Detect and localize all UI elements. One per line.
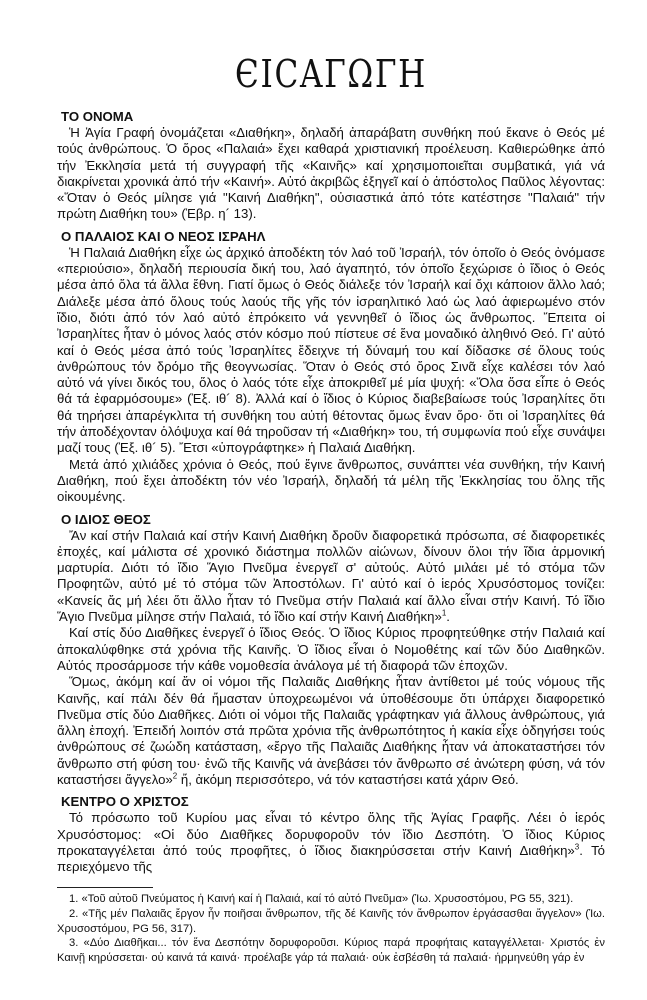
section-heading: Ο ΠΑΛΑΙΟΣ ΚΑΙ Ο ΝΕΟΣ ΙΣΡΑΗΛ <box>57 229 605 245</box>
footnote-ref[interactable]: 1 <box>442 609 446 618</box>
section-heading: ΚΕΝΤΡΟ Ο ΧΡΙΣΤΟΣ <box>57 794 605 810</box>
paragraph-text: Ὅμως, ἀκόμη καί ἄν οἱ νόμοι τῆς Παλαιᾶς … <box>57 674 605 787</box>
section-heading: Ο ΙΔΙΟΣ ΘΕΟΣ <box>57 512 605 528</box>
footnote: 1. «Τοῦ αὐτοῦ Πνεύματος ἡ Καινή καί ἡ Πα… <box>57 892 605 907</box>
paragraph-text: Τό πρόσωπο τοῦ Κυρίου μας εἶναι τό κέντρ… <box>57 810 605 858</box>
footnotes: 1. «Τοῦ αὐτοῦ Πνεύματος ἡ Καινή καί ἡ Πα… <box>57 892 605 965</box>
paragraph-text: ἤ, ἀκόμη περισσότερο, νά τόν καταστήσει … <box>181 772 519 787</box>
section-heading: ΤΟ ΟΝΟΜΑ <box>57 109 605 125</box>
page-title: ЄΙCΑΓΩΓΗ <box>106 0 555 104</box>
section-name: ΤΟ ΟΝΟΜΑ Ἡ Ἁγία Γραφή ὀνομάζεται «Διαθήκ… <box>57 109 605 223</box>
section-old-new-israel: Ο ΠΑΛΑΙΟΣ ΚΑΙ Ο ΝΕΟΣ ΙΣΡΑΗΛ Ἡ Παλαιά Δια… <box>57 229 605 506</box>
paragraph: Καί στίς δύο Διαθῆκες ἐνεργεῖ ὁ ἴδιος Θε… <box>57 625 605 674</box>
footnote-divider <box>57 887 153 888</box>
paragraph: Ἄν καί στήν Παλαιά καί στήν Καινή Διαθήκ… <box>57 528 605 626</box>
paragraph: Μετά ἀπό χιλιάδες χρόνια ὁ Θεός, πού ἔγι… <box>57 457 605 506</box>
section-christ-center: ΚΕΝΤΡΟ Ο ΧΡΙΣΤΟΣ Τό πρόσωπο τοῦ Κυρίου μ… <box>57 794 605 875</box>
paragraph: Τό πρόσωπο τοῦ Κυρίου μας εἶναι τό κέντρ… <box>57 810 605 875</box>
document-page: ЄΙCΑΓΩΓΗ ΤΟ ΟΝΟΜΑ Ἡ Ἁγία Γραφή ὀνομάζετα… <box>57 0 605 965</box>
footnote: 2. «Τῆς μέν Παλαιᾶς ἔργον ἦν ποιῆσαι ἄνθ… <box>57 907 605 936</box>
paragraph: Ἡ Παλαιά Διαθήκη εἶχε ὡς ἀρχικό ἀποδέκτη… <box>57 245 605 457</box>
paragraph: Ἡ Ἁγία Γραφή ὀνομάζεται «Διαθήκη», δηλαδ… <box>57 125 605 223</box>
section-same-god: Ο ΙΔΙΟΣ ΘΕΟΣ Ἄν καί στήν Παλαιά καί στήν… <box>57 512 605 789</box>
footnote-ref[interactable]: 2 <box>173 772 177 781</box>
paragraph: Ὅμως, ἀκόμη καί ἄν οἱ νόμοι τῆς Παλαιᾶς … <box>57 674 605 788</box>
paragraph-text: Ἄν καί στήν Παλαιά καί στήν Καινή Διαθήκ… <box>57 528 605 624</box>
footnote: 3. «Δύο Διαθῆκαι... τόν ἕνα Δεσπότην δορ… <box>57 936 605 965</box>
